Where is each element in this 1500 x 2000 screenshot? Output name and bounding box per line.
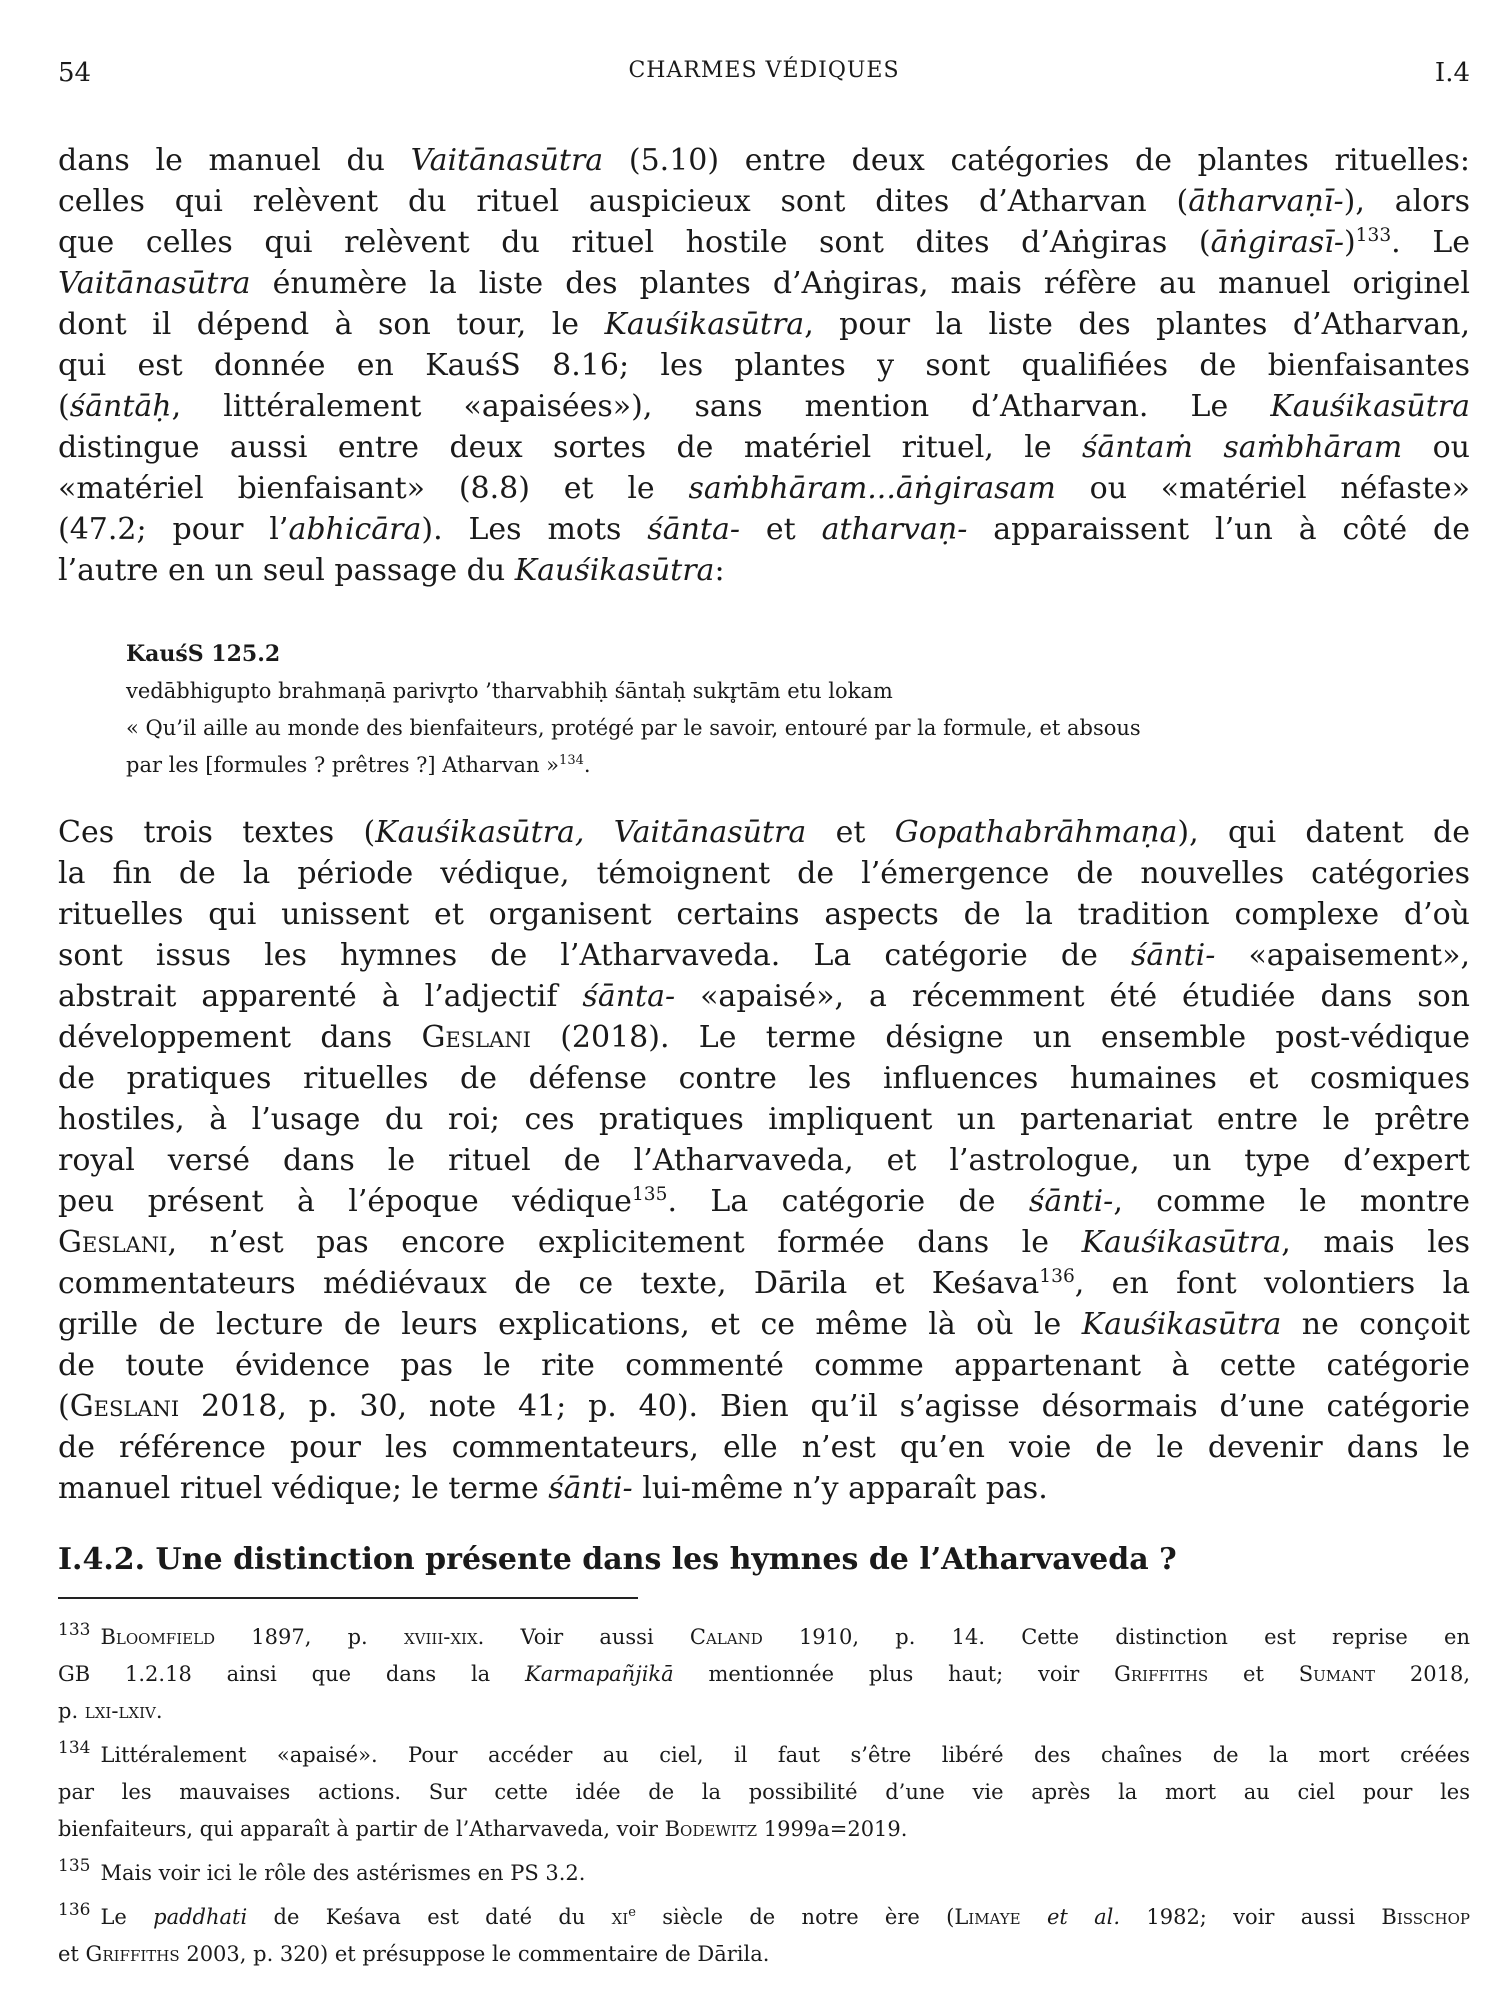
footnote-136: 136Le paddhati de Keśava est daté du xie… — [58, 1892, 1470, 1973]
paragraph-2: Ces trois textes (Kauśikasūtra, Vaitānas… — [58, 812, 1470, 1509]
footnote-line: 134Littéralement «apaisé». Pour accéder … — [58, 1730, 1470, 1774]
text-line: (Geslani 2018, p. 30, note 41; p. 40). B… — [58, 1386, 1470, 1427]
paragraph-1: dans le manuel du Vaitānasūtra (5.10) en… — [58, 140, 1470, 591]
footnote-133: 133Bloomfield 1897, p. xviii-xix. Voir a… — [58, 1612, 1470, 1730]
footnote-line: et Griffiths 2003, p. 320) et présuppose… — [58, 1936, 1470, 1973]
text-line: celles qui relèvent du rituel auspicieux… — [58, 181, 1470, 222]
text-line: Ces trois textes (Kauśikasūtra, Vaitānas… — [58, 812, 1470, 853]
italic-term: Vaitānasūtra — [58, 266, 251, 301]
italic-term: Kauśikasūtra — [1270, 389, 1470, 424]
text-line: dont il dépend à son tour, le Kauśikasūt… — [58, 304, 1470, 345]
footnote-number: 135 — [58, 1856, 90, 1876]
text-line: Vaitānasūtra énumère la liste des plante… — [58, 263, 1470, 304]
italic-term: Kauśikasūtra — [515, 553, 715, 588]
text-line: Geslani, n’est pas encore explicitement … — [58, 1222, 1470, 1263]
italic-term: Vaitānasūtra — [411, 143, 604, 178]
footnote-line: 133Bloomfield 1897, p. xviii-xix. Voir a… — [58, 1612, 1470, 1656]
author-name: Caland — [690, 1625, 763, 1649]
footnote-ref-e[interactable]: e — [628, 1905, 636, 1920]
italic-term: abhicāra — [288, 512, 421, 547]
text-line: abstrait apparenté à l’adjectif śānta- «… — [58, 976, 1470, 1017]
quote-reference: KauśS 125.2 — [126, 636, 1416, 673]
footnote-ref-135[interactable]: 135 — [632, 1184, 668, 1205]
footnote-number: 134 — [58, 1738, 90, 1758]
italic-term: śānti- — [548, 1471, 632, 1506]
author-name: Geslani — [58, 1225, 167, 1260]
author-name: Bloomfield — [100, 1625, 215, 1649]
quote-trailing: . — [584, 753, 591, 777]
author-name: lxi-lxiv — [85, 1699, 156, 1723]
footnotes: 133Bloomfield 1897, p. xviii-xix. Voir a… — [58, 1612, 1470, 1973]
text-line: qui est donnée en KauśS 8.16; les plante… — [58, 345, 1470, 386]
author-name: Griffiths — [86, 1942, 180, 1966]
author-name: Bodewitz — [665, 1817, 757, 1841]
footnote-divider — [58, 1597, 638, 1599]
footnote-number: 133 — [58, 1620, 90, 1640]
italic-term: śāntāḥ — [70, 389, 172, 424]
text-line: la fin de la période védique, témoignent… — [58, 853, 1470, 894]
italic-term: Kauśikasūtra — [1082, 1225, 1282, 1260]
footnote-ref-136[interactable]: 136 — [1039, 1266, 1075, 1287]
footnote-line: 136Le paddhati de Keśava est daté du xie… — [58, 1892, 1470, 1936]
text-line: rituelles qui unissent et organisent cer… — [58, 894, 1470, 935]
text-line: de pratiques rituelles de défense contre… — [58, 1058, 1470, 1099]
italic-term: śānta- — [582, 979, 675, 1014]
italic-term: ātharvaṇī- — [1188, 184, 1343, 219]
italic-term: Kauśikasūtra — [605, 307, 805, 342]
quote-translation-text: par les [formules ? prêtres ?] Atharvan … — [126, 753, 559, 777]
text-line: distingue aussi entre deux sortes de mat… — [58, 427, 1470, 468]
running-title: CHARMES VÉDIQUES — [58, 58, 1470, 83]
footnote-line: 135Mais voir ici le rôle des astérismes … — [58, 1848, 1470, 1892]
footnote-135: 135Mais voir ici le rôle des astérismes … — [58, 1848, 1470, 1892]
italic-term: et al. — [1047, 1905, 1120, 1929]
quote-sanskrit: vedābhigupto brahmaṇā parivr̥to ’tharvab… — [126, 673, 1416, 710]
footnote-ref-133[interactable]: 133 — [1356, 225, 1392, 246]
author-name: Griffiths — [1114, 1662, 1208, 1686]
text-line: grille de lecture de leurs explications,… — [58, 1304, 1470, 1345]
italic-term: atharvaṇ- — [822, 512, 968, 547]
footnote-number: 136 — [58, 1900, 90, 1920]
text-line: hostiles, à l’usage du roi; ces pratique… — [58, 1099, 1470, 1140]
italic-term: paddhati — [153, 1905, 247, 1929]
author-name: Limaye — [954, 1905, 1020, 1929]
quote-translation-line-1: « Qu’il aille au monde des bienfaiteurs,… — [126, 710, 1416, 747]
section-heading: I.4.2. Une distinction présente dans les… — [58, 1542, 1470, 1577]
text-line: l’autre en un seul passage du Kauśikasūt… — [58, 550, 1470, 591]
text-line: de référence pour les commentateurs, ell… — [58, 1427, 1470, 1468]
italic-term: Karmapañjikā — [525, 1662, 674, 1686]
quote-translation-line-2: par les [formules ? prêtres ?] Atharvan … — [126, 747, 1416, 784]
text-line: sont issus les hymnes de l’Atharvaveda. … — [58, 935, 1470, 976]
text-line: «matériel bienfaisant» (8.8) et le saṁbh… — [58, 468, 1470, 509]
italic-term: śānti- — [1029, 1184, 1113, 1219]
author-name: xviii-xix — [404, 1625, 478, 1649]
text-line: (śāntāḥ, littéralement «apaisées»), sans… — [58, 386, 1470, 427]
running-head: 54 CHARMES VÉDIQUES I.4 — [58, 58, 1470, 98]
italic-term: Kauśikasūtra — [1082, 1307, 1282, 1342]
text-line: dans le manuel du Vaitānasūtra (5.10) en… — [58, 140, 1470, 181]
italic-term: śāntaṁ saṁbhāram — [1082, 430, 1402, 465]
text-line: commentateurs médiévaux de ce texte, Dār… — [58, 1263, 1470, 1304]
author-name: Sumant — [1299, 1662, 1375, 1686]
text-line: de toute évidence pas le rite commenté c… — [58, 1345, 1470, 1386]
text-line: manuel rituel védique; le terme śānti- l… — [58, 1468, 1470, 1509]
author-name: Bisschop — [1381, 1905, 1470, 1929]
text-line: que celles qui relèvent du rituel hostil… — [58, 222, 1470, 263]
footnote-line: bienfaiteurs, qui apparaît à partir de l… — [58, 1811, 1470, 1848]
text-line: (47.2; pour l’abhicāra). Les mots śānta-… — [58, 509, 1470, 550]
author-name: xi — [612, 1905, 629, 1929]
italic-term: śānta- — [647, 512, 740, 547]
italic-term: Gopathabrāhmaṇa — [895, 815, 1178, 850]
italic-term: saṁbhāram...āṅgirasam — [688, 471, 1055, 506]
author-name: Geslani — [70, 1389, 179, 1424]
footnote-134: 134Littéralement «apaisé». Pour accéder … — [58, 1730, 1470, 1848]
section-number: I.4 — [1435, 58, 1470, 88]
text-line: royal versé dans le rituel de l’Atharvav… — [58, 1140, 1470, 1181]
italic-term: āṅgirasī- — [1211, 225, 1344, 260]
text-line: développement dans Geslani (2018). Le te… — [58, 1017, 1470, 1058]
italic-term: śānti- — [1131, 938, 1215, 973]
footnote-ref-134[interactable]: 134 — [559, 753, 584, 768]
footnote-line: GB 1.2.18 ainsi que dans la Karmapañjikā… — [58, 1656, 1470, 1693]
text-line: peu présent à l’époque védique135. La ca… — [58, 1181, 1470, 1222]
footnote-line: par les mauvaises actions. Sur cette idé… — [58, 1774, 1470, 1811]
italic-term: Kauśikasūtra, Vaitānasūtra — [375, 815, 806, 850]
footnote-line: p. lxi-lxiv. — [58, 1693, 1470, 1730]
author-name: Geslani — [421, 1020, 530, 1055]
block-quote: KauśS 125.2 vedābhigupto brahmaṇā parivr… — [126, 636, 1416, 784]
